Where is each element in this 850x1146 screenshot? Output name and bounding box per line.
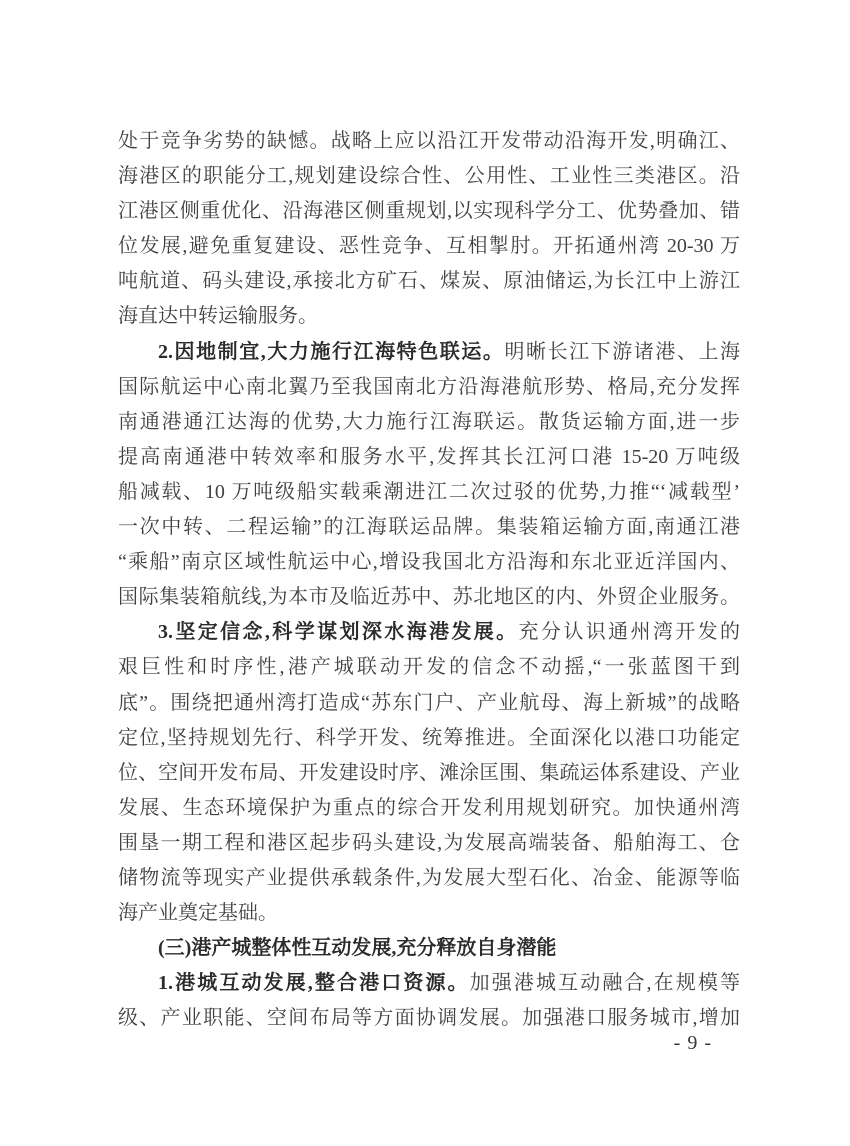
text-line: 国际集装箱航线,为本市及临近苏中、苏北地区的内、外贸企业服务。 <box>118 580 740 615</box>
body-run: 吨航道、码头建设,承接北方矿石、煤炭、原油储运,为长江中上游江 <box>118 270 740 292</box>
text-line: 海直达中转运输服务。 <box>118 299 740 334</box>
text-line: 发展、生态环境保护为重点的综合开发利用规划研究。加快通州湾 <box>118 791 740 826</box>
text-line: 级、产业职能、空间布局等方面协调发展。加强港口服务城市,增加 <box>118 1001 740 1036</box>
text-line: 一次中转、二程运输”的江海联运品牌。集装箱运输方面,南通江港 <box>118 510 740 545</box>
text-line: 处于竞争劣势的缺憾。战略上应以沿江开发带动沿海开发,明确江、 <box>118 124 740 159</box>
body-run: 船减载、10 万吨级船实载乘潮进江二次过驳的优势,力推“‘减载型’ <box>118 481 740 503</box>
body-run: 发展、生态环境保护为重点的综合开发利用规划研究。加快通州湾 <box>118 797 740 819</box>
body-run: 加强港城互动融合,在规模等 <box>470 972 740 994</box>
text-line: 位发展,避免重复建设、恶性竞争、互相掣肘。开拓通州湾 20-30 万 <box>118 229 740 264</box>
body-run: 海产业奠定基础。 <box>118 902 278 924</box>
body-run: 南通港通江达海的优势,大力施行江海联运。散货运输方面,进一步 <box>118 411 740 433</box>
body-run: 定位,坚持规划先行、科学开发、统筹推进。全面深化以港口功能定 <box>118 727 740 749</box>
body-run: 艰巨性和时序性,港产城联动开发的信念不动摇,“一张蓝图干到 <box>118 656 740 678</box>
text-line: 海产业奠定基础。 <box>118 896 740 931</box>
body-run: 一次中转、二程运输”的江海联运品牌。集装箱运输方面,南通江港 <box>118 516 740 538</box>
text-line: 吨航道、码头建设,承接北方矿石、煤炭、原油储运,为长江中上游江 <box>118 264 740 299</box>
text-line: 海港区的职能分工,规划建设综合性、公用性、工业性三类港区。沿 <box>118 159 740 194</box>
text-line: 艰巨性和时序性,港产城联动开发的信念不动摇,“一张蓝图干到 <box>118 650 740 685</box>
body-run: 位、空间开发布局、开发建设时序、滩涂匡围、集疏运体系建设、产业 <box>118 762 740 784</box>
body-run: 围垦一期工程和港区起步码头建设,为发展高端装备、船舶海工、仓 <box>118 832 740 854</box>
text-line: 位、空间开发布局、开发建设时序、滩涂匡围、集疏运体系建设、产业 <box>118 756 740 791</box>
body-run: 海港区的职能分工,规划建设综合性、公用性、工业性三类港区。沿 <box>118 165 740 187</box>
document-lines: 处于竞争劣势的缺憾。战略上应以沿江开发带动沿海开发,明确江、海港区的职能分工,规… <box>118 124 740 1036</box>
text-line: 围垦一期工程和港区起步码头建设,为发展高端装备、船舶海工、仓 <box>118 826 740 861</box>
bold-run: 3.坚定信念,科学谋划深水海港发展。 <box>158 621 519 643</box>
body-run: 国际航运中心南北翼乃至我国南北方沿海港航形势、格局,充分发挥 <box>118 376 740 398</box>
body-run: 位发展,避免重复建设、恶性竞争、互相掣肘。开拓通州湾 20-30 万 <box>118 235 740 257</box>
body-run: 海直达中转运输服务。 <box>118 305 318 327</box>
text-line: 3.坚定信念,科学谋划深水海港发展。充分认识通州湾开发的 <box>118 615 740 650</box>
body-run: “乘船”南京区域性航运中心,增设我国北方沿海和东北亚近洋国内、 <box>118 551 740 573</box>
bold-run: (三)港产城整体性互动发展,充分释放自身潜能 <box>158 937 556 959</box>
bold-run: 1.港城互动发展,整合港口资源。 <box>158 972 470 994</box>
text-line: 1.港城互动发展,整合港口资源。加强港城互动融合,在规模等 <box>118 966 740 1001</box>
text-line: 江港区侧重优化、沿海港区侧重规划,以实现科学分工、优势叠加、错 <box>118 194 740 229</box>
body-run: 底”。围绕把通州湾打造成“苏东门户、产业航母、海上新城”的战略 <box>118 692 740 714</box>
text-line: 南通港通江达海的优势,大力施行江海联运。散货运输方面,进一步 <box>118 405 740 440</box>
body-run: 江港区侧重优化、沿海港区侧重规划,以实现科学分工、优势叠加、错 <box>118 200 740 222</box>
text-line: 定位,坚持规划先行、科学开发、统筹推进。全面深化以港口功能定 <box>118 721 740 756</box>
text-line: 船减载、10 万吨级船实载乘潮进江二次过驳的优势,力推“‘减载型’ <box>118 475 740 510</box>
text-line: 国际航运中心南北翼乃至我国南北方沿海港航形势、格局,充分发挥 <box>118 370 740 405</box>
body-run: 充分认识通州湾开发的 <box>519 621 740 643</box>
body-run: 储物流等现实产业提供承载条件,为发展大型石化、冶金、能源等临 <box>118 867 740 889</box>
page-number: - 9 - <box>674 1032 712 1055</box>
text-line: “乘船”南京区域性航运中心,增设我国北方沿海和东北亚近洋国内、 <box>118 545 740 580</box>
text-line: (三)港产城整体性互动发展,充分释放自身潜能 <box>118 931 740 966</box>
body-run: 明晰长江下游诸港、上海 <box>504 341 740 363</box>
text-line: 提高南通港中转效率和服务水平,发挥其长江河口港 15-20 万吨级 <box>118 440 740 475</box>
document-page: 处于竞争劣势的缺憾。战略上应以沿江开发带动沿海开发,明确江、海港区的职能分工,规… <box>0 0 850 1146</box>
body-run: 提高南通港中转效率和服务水平,发挥其长江河口港 15-20 万吨级 <box>118 446 740 468</box>
text-line: 2.因地制宜,大力施行江海特色联运。明晰长江下游诸港、上海 <box>118 335 740 370</box>
body-run: 处于竞争劣势的缺憾。战略上应以沿江开发带动沿海开发,明确江、 <box>118 130 740 152</box>
text-line: 底”。围绕把通州湾打造成“苏东门户、产业航母、海上新城”的战略 <box>118 686 740 721</box>
bold-run: 2.因地制宜,大力施行江海特色联运。 <box>158 341 504 363</box>
body-run: 级、产业职能、空间布局等方面协调发展。加强港口服务城市,增加 <box>118 1007 740 1029</box>
body-run: 国际集装箱航线,为本市及临近苏中、苏北地区的内、外贸企业服务。 <box>118 586 740 608</box>
text-line: 储物流等现实产业提供承载条件,为发展大型石化、冶金、能源等临 <box>118 861 740 896</box>
